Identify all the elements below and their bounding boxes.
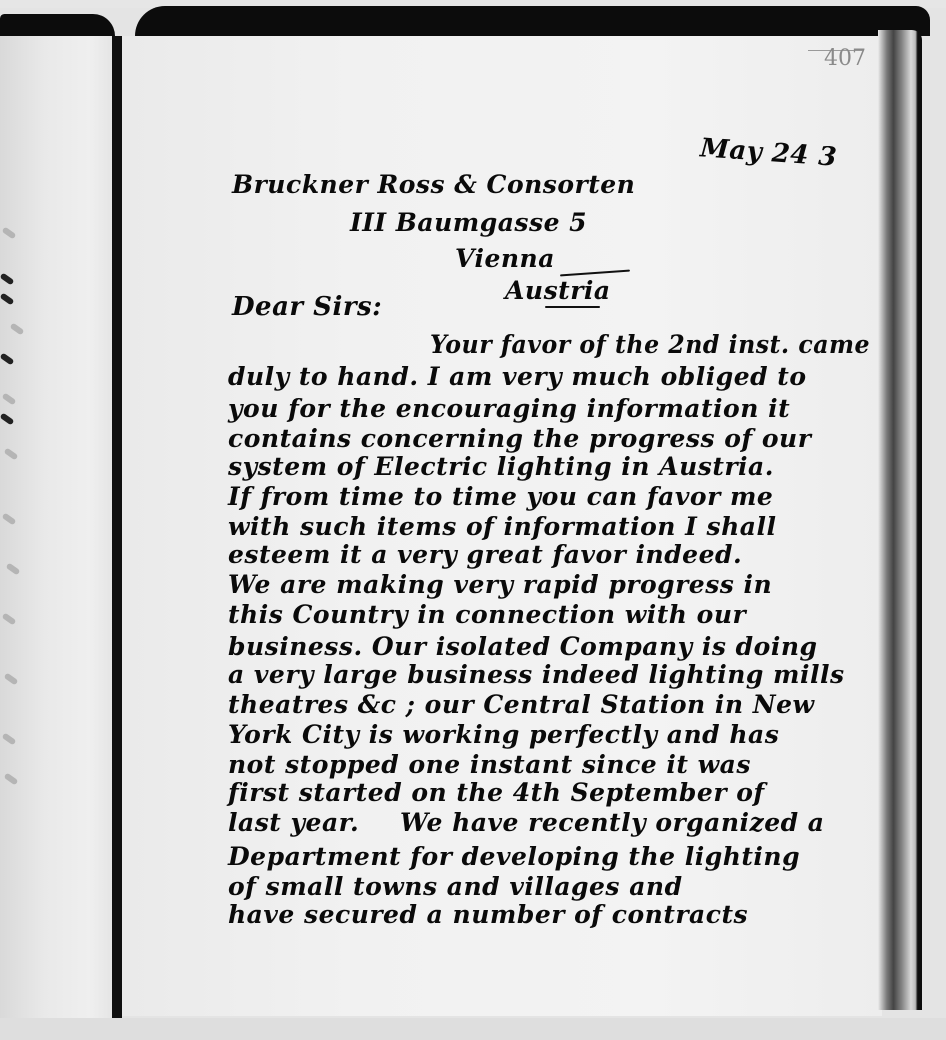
left-facing-page <box>0 36 112 1025</box>
scanned-letterbook-spread: 407 May 24 3 Bruckner Ross & Consorten I… <box>0 0 946 1040</box>
book-gutter <box>112 36 122 1026</box>
country-underline <box>545 306 600 308</box>
body-line: last year. <box>228 808 359 837</box>
body-line: We have recently organized a <box>400 808 825 837</box>
body-line: have secured a number of contracts <box>228 900 748 929</box>
recipient-country: Austria <box>505 276 611 305</box>
body-line: a very large business indeed lighting mi… <box>228 660 845 689</box>
body-line: not stopped one instant since it was <box>228 750 751 779</box>
left-page-ink-bleed <box>0 216 40 816</box>
binding-shadow-right <box>135 6 930 36</box>
body-line: York City is working perfectly and has <box>228 720 779 749</box>
recipient-city: Vienna <box>455 244 555 273</box>
body-line: this Country in connection with our <box>228 600 746 629</box>
body-line: of small towns and villages and <box>228 872 683 901</box>
body-line: business. Our isolated Company is doing <box>228 632 817 661</box>
body-line: you for the encouraging information it <box>228 394 790 423</box>
binding-shadow-left <box>0 14 115 36</box>
recipient-street: III Baumgasse 5 <box>350 208 587 237</box>
body-line: contains concerning the progress of our <box>228 424 811 453</box>
bottom-margin <box>0 1018 946 1040</box>
body-line: with such items of information I shall <box>228 512 776 541</box>
body-line: duly to hand. I am very much obliged to <box>228 362 807 391</box>
body-line: Department for developing the lighting <box>228 842 800 871</box>
body-line: Your favor of the 2nd inst. came <box>430 330 870 359</box>
body-line: first started on the 4th September of <box>228 778 765 807</box>
body-line: system of Electric lighting in Austria. <box>228 452 774 481</box>
body-line: If from time to time you can favor me <box>228 482 773 511</box>
body-line: esteem it a very great favor indeed. <box>228 540 742 569</box>
body-line: theatres &c ; our Central Station in New <box>228 690 815 719</box>
salutation: Dear Sirs: <box>232 292 382 322</box>
body-line: We are making very rapid progress in <box>228 570 772 599</box>
page-edges <box>878 30 922 1010</box>
page-number: 407 <box>824 46 866 71</box>
recipient-name: Bruckner Ross & Consorten <box>232 170 635 199</box>
